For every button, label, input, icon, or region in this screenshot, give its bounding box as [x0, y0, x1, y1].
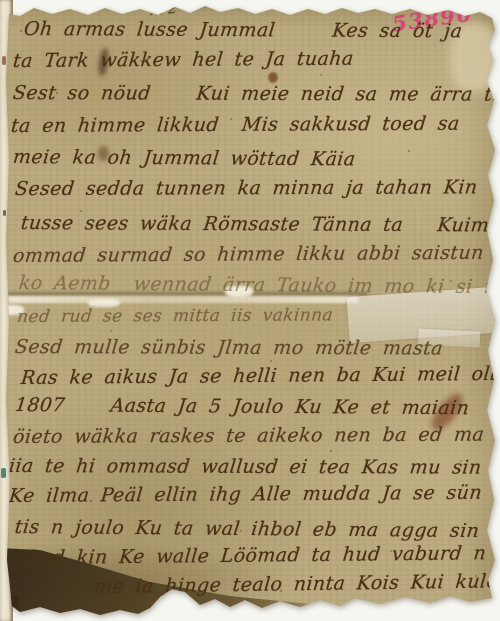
text-line: Ras ke aikus Ja se helli nen ba Kui meil… — [20, 365, 500, 388]
text-line: ta en himme likkud Mis sakkusd toed sa — [10, 115, 461, 136]
text-line: tusse sees wäka Römsaste Tänna ta Kuima — [20, 214, 500, 236]
page-number-mark: № 2 — [149, 1, 177, 19]
text-line: Oh armas lusse Jummal Kes sa öt ja — [23, 20, 463, 41]
manuscript-scan: № 2 53896 Oh armas lusse Jummal Kes sa ö… — [0, 0, 500, 621]
paper-speckles — [20, 30, 22, 32]
text-line: ommad surmad so himme likku abbi saistun — [12, 244, 485, 266]
paper-surface: № 2 53896 Oh armas lusse Jummal Kes sa ö… — [0, 0, 500, 621]
text-line: öieto wäkka raskes te aikeko nen ba ed m… — [12, 425, 500, 447]
brown-dot — [268, 72, 278, 83]
text-line: Sesd mulle sünbis Jlma mo mötle masta — [14, 338, 444, 358]
tear-crease — [8, 296, 358, 303]
text-line: me ia hinge tealo ninta Kois Kui kule — [93, 572, 499, 597]
text-line: Ke ilma Peäl ellin ihg Alle mudda Ja se … — [8, 484, 483, 506]
text-line-faded: ned rud se ses mitta iis vakinna — [16, 307, 334, 326]
text-line: tis n joulo Ku ta wal ihbol eb ma agga s… — [14, 518, 481, 541]
text-line: ta Tark wäkkew hel te Ja tuaha — [12, 50, 354, 71]
text-line-faded: ko Aemb wennad ärra Tauko im mo ki si ma — [18, 274, 500, 297]
manuscript-page: № 2 53896 Oh armas lusse Jummal Kes sa ö… — [0, 0, 500, 621]
text-line: Sest so nöud Kui meie neid sa me ärra tu… — [12, 84, 500, 105]
text-line: Sesed sedda tunnen ka minna ja tahan Kin — [14, 178, 478, 199]
text-line-dated: 1807 Aasta Ja 5 Joulo Ku Ke et maiain — [14, 396, 470, 418]
text-line: meie ka oh Jummal wöttad Käia — [12, 148, 357, 169]
text-line: iia te hi ommasd wallusd ei tea Kas mu s… — [8, 457, 483, 478]
text-line: ked kin Ke walle Löömad ta hud vaburd n — [28, 544, 487, 568]
